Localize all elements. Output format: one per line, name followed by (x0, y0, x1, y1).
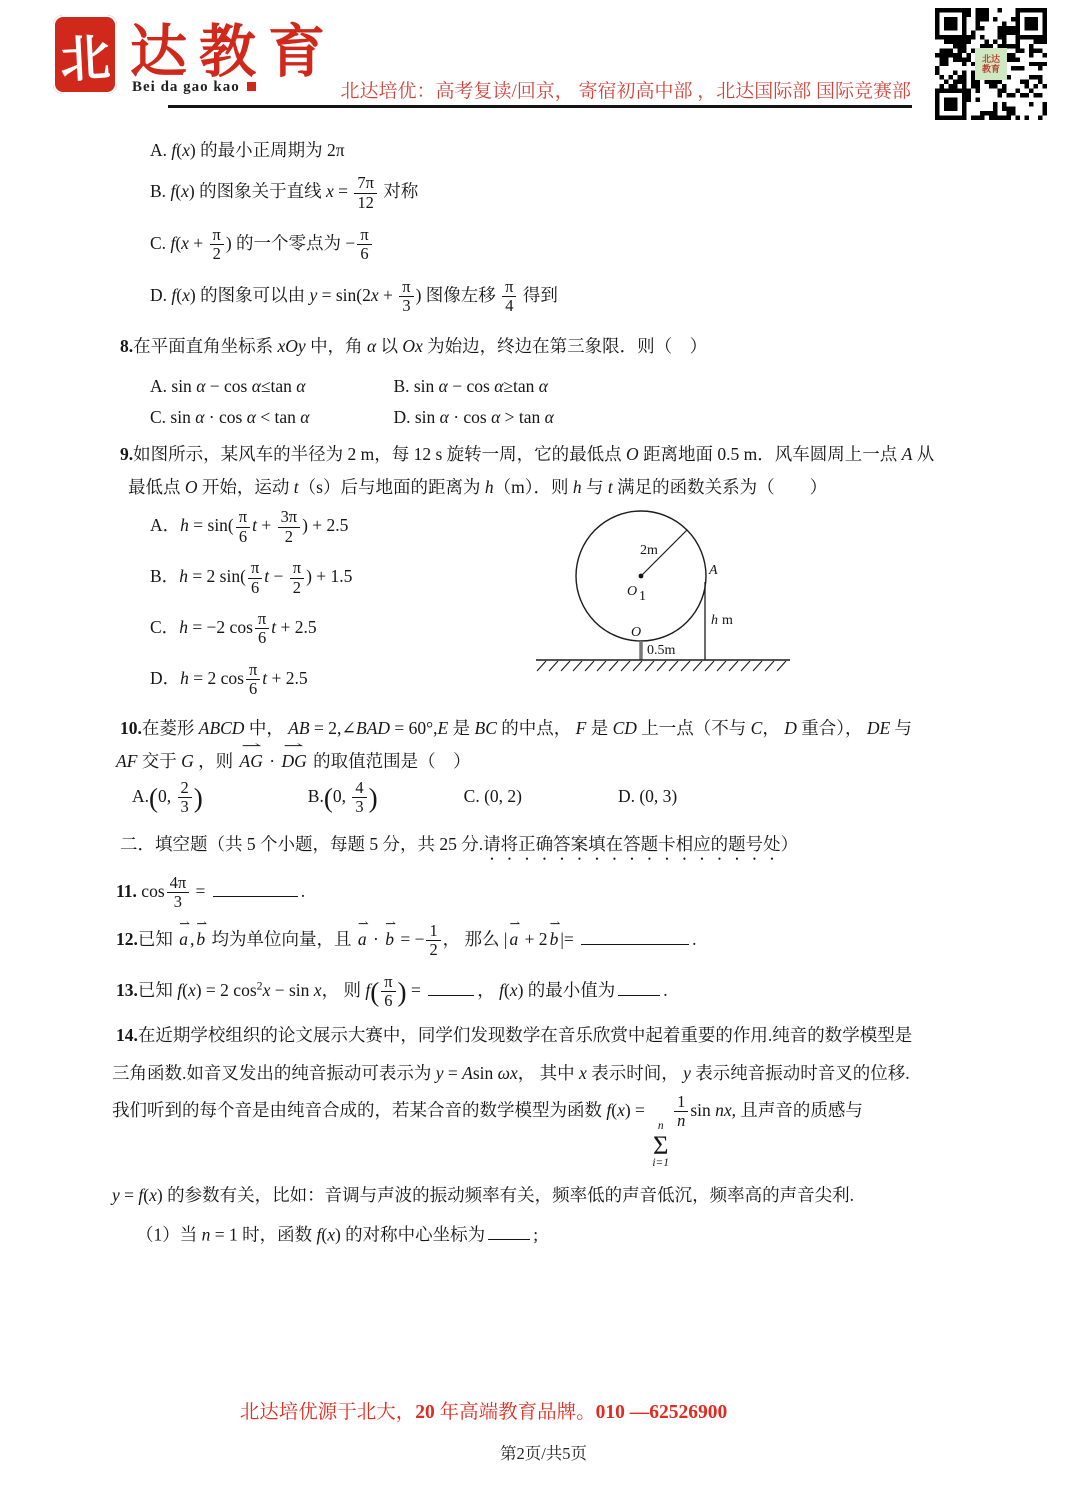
fraction: π6 (236, 508, 250, 546)
q7-option-a: A. f(x) 的最小正周期为 2π (150, 138, 1081, 162)
logo-seal: 北 (53, 15, 117, 94)
q10-stem-line2: AF 交于 G ，则 ⇀AG · ⇀DG 的取值范围是（ ） (116, 749, 1081, 773)
answer-blank (581, 926, 689, 945)
height-var-label: h (711, 613, 718, 628)
ground-hatching (537, 661, 786, 671)
q14-line1: 14.在近期学校组织的论文展示大赛中，同学们发现数学在音乐欣赏中起着重要的作用.… (116, 1023, 1081, 1047)
q9-stem-line1: 9.如图所示，某风车的半径为 2 m，每 12 s 旋转一周，它的最低点 O 距… (120, 442, 1081, 466)
q14-line3: 我们听到的每个音是由纯音合成的，若某合音的数学模型为函数 f(x) = nΣi=… (112, 1093, 1081, 1170)
fraction: π3 (399, 278, 413, 316)
vector: ⇀AG (240, 749, 263, 773)
vector: ⇀a (358, 927, 367, 951)
vector: ⇀DG (281, 749, 306, 773)
vector: ⇀b (196, 927, 205, 951)
q10-options: A.(0, 23)B.(0, 43)C. (0, 2)D. (0, 3) (132, 779, 1081, 817)
q8-stem: 8.在平面直角坐标系 xOy 中，角 α 以 Ox 为始边，终边在第三象限．则（… (120, 334, 1081, 358)
radius-label: 2m (640, 543, 658, 558)
fraction: π6 (248, 559, 262, 597)
q12: 12.已知 ⇀a,⇀b 均为单位向量，且 ⇀a · ⇀b = −12， 那么 |… (116, 922, 1081, 960)
logo-subtitle: Bei da gao kao (132, 79, 256, 96)
vector: ⇀a (509, 927, 518, 951)
answer-blank (618, 977, 660, 996)
footer-slogan: 北达培优源于北大，20 年高端教育品牌。010 —62526900 (0, 1396, 967, 1424)
low-point-label: O (631, 625, 641, 640)
fraction: 4π3 (167, 874, 190, 912)
answer-blank (488, 1222, 530, 1241)
section2-heading: 二．填空题（共 5 个小题，每题 5 分，共 25 分.请将正确答案填在答题卡相… (120, 832, 1081, 864)
header-divider (168, 105, 912, 108)
vector: ⇀a (179, 927, 188, 951)
point-a-label: A (708, 563, 718, 578)
fraction: π6 (357, 226, 371, 264)
summation: nΣi=1 (652, 1121, 669, 1169)
vector: ⇀b (385, 927, 394, 951)
exam-body: A. f(x) 的最小正周期为 2πB. f(x) 的图象关于直线 x = 7π… (112, 130, 1081, 1246)
q7-option-b: B. f(x) 的图象关于直线 x = 7π12 对称 (150, 174, 1081, 212)
vector: ⇀b (550, 927, 559, 951)
header-slogan: 北达培优：高考复读/回京， 寄宿初高中部 ，北达国际部 国际竞赛部 (305, 76, 911, 103)
center-label: O (627, 584, 637, 599)
fraction: π4 (502, 278, 516, 316)
fraction: 3π2 (278, 508, 301, 546)
q13: 13.已知 f(x) = 2 cos2x − sin x， 则 f(π6) = … (116, 973, 1081, 1011)
fraction: 23 (178, 779, 192, 817)
height-unit-label: m (722, 613, 733, 628)
clearance-label: 0.5m (647, 643, 676, 658)
answer-blank (213, 879, 298, 898)
qr-center-logo: 北达 教育 (975, 48, 1007, 80)
q7-option-c: C. f(x + π2) 的一个零点为 −π6 (150, 226, 1081, 264)
q8-options-cd: C. sin α · cos α < tan αD. sin α · cos α… (150, 405, 1081, 429)
logo-seal-char: 北 (58, 17, 112, 92)
q10-stem-line1: 10.在菱形 ABCD 中， AB = 2,∠BAD = 60°,E 是 BC … (120, 716, 1081, 740)
fraction: 12 (426, 922, 440, 960)
footer-page-number: 第2页/共5页 (0, 1440, 1087, 1464)
q14-line2: 三角函数.如音叉发出的纯音振动可表示为 y = Asin ωx， 其中 x 表示… (112, 1061, 1081, 1085)
q14-line4: y = f(x) 的参数有关，比如：音调与声波的振动频率有关，频率低的声音低沉，… (112, 1183, 1081, 1207)
fraction: 7π12 (354, 174, 377, 212)
q8-options-ab: A. sin α − cos α≤tan αB. sin α − cos α≥t… (150, 374, 1081, 398)
fraction: π6 (255, 610, 269, 648)
fraction: 43 (352, 779, 366, 817)
fraction: π6 (381, 973, 395, 1011)
red-square-icon (247, 82, 256, 91)
fraction: π2 (210, 226, 224, 264)
q14-part1: （1）当 n = 1 时，函数 f(x) 的对称中心坐标为; (136, 1222, 1081, 1247)
fraction: π2 (290, 559, 304, 597)
fraction: 1n (674, 1093, 688, 1131)
answer-blank (428, 977, 474, 996)
center-label-sub: 1 (639, 589, 646, 604)
q11: 11. cos4π3 = . (116, 874, 1081, 912)
q7-option-d: D. f(x) 的图象可以由 y = sin(2x + π3) 图像左移 π4 … (150, 278, 1081, 316)
exam-page: 北 达教育 Bei da gao kao 北达培优：高考复读/回京， 寄宿初高中… (0, 0, 1087, 1512)
windmill-figure: 2m O 1 A h m O 0.5m (528, 494, 798, 676)
fraction: π6 (246, 661, 260, 699)
